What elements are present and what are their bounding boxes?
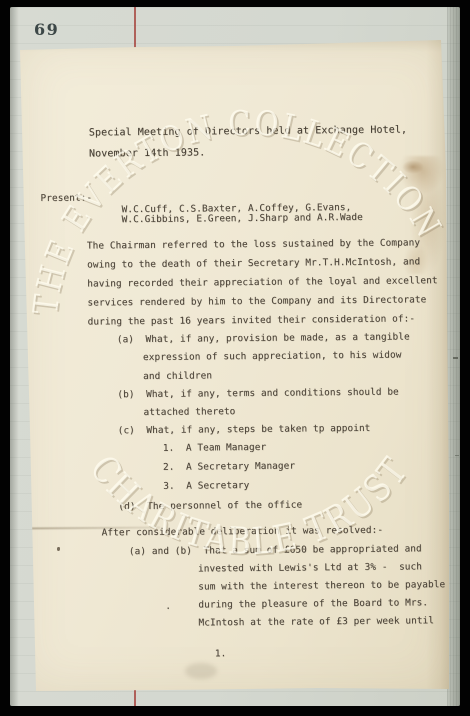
typed-page: [18, 38, 452, 694]
photo-background: 69 Special Meeting of Directors held at …: [0, 0, 470, 716]
ledger-page-number: 69: [34, 20, 59, 39]
ink-speck: [57, 547, 60, 551]
binding-tick-mark: [455, 455, 459, 456]
ledger-left-edge: [10, 7, 21, 706]
faint-blotch: [185, 663, 217, 679]
brown-stain-core: [402, 160, 424, 174]
binding-tick-mark: [453, 357, 458, 359]
brown-stain: [390, 156, 448, 274]
paper-crease: [20, 527, 160, 529]
